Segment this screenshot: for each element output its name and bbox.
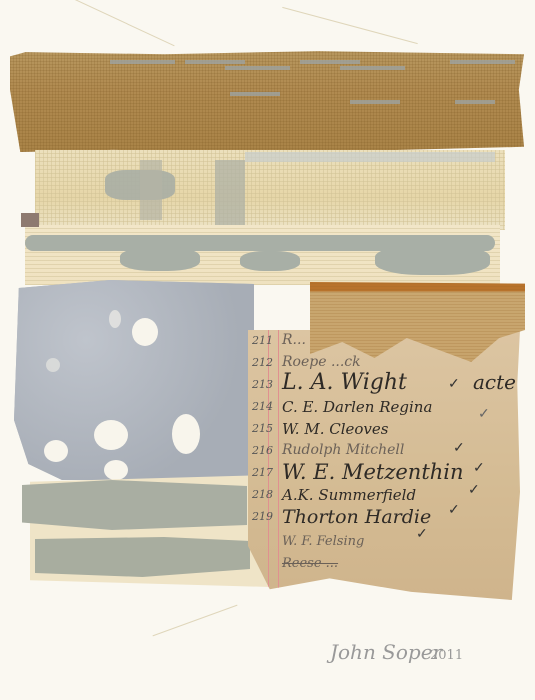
check-icon: ✓ xyxy=(453,440,465,456)
ledger-name: W. M. Cleoves xyxy=(282,420,388,438)
ledger-name: Reese ... xyxy=(282,556,338,571)
check-icon: ✓ xyxy=(468,482,480,498)
ledger-name: Thorton Hardie xyxy=(282,506,431,528)
burlap-strip xyxy=(10,48,524,152)
ledger-name: W. F. Felsing xyxy=(282,534,364,549)
check-icon: ✓ xyxy=(448,376,460,392)
blue-paper xyxy=(14,280,254,480)
artist-signature: John Soper xyxy=(330,640,442,664)
ledger-name: L. A. Wight xyxy=(282,370,407,395)
mesh-band xyxy=(35,150,505,230)
ledger-name: Rudolph Mitchell xyxy=(282,442,404,458)
check-icon: ✓ xyxy=(416,526,428,542)
check-icon: ✓ xyxy=(448,502,460,518)
gray-strip-2 xyxy=(35,537,250,577)
signature-year: 2011 xyxy=(430,648,463,663)
check-icon: ✓ xyxy=(478,406,490,422)
ledger-name: W. E. Metzenthin xyxy=(282,460,464,484)
gray-band xyxy=(25,225,500,285)
ledger-name: A.K. Summerfield xyxy=(282,486,416,504)
ledger-name: R... xyxy=(282,332,306,348)
ledger-name: Roepe ...ck xyxy=(282,354,361,370)
gray-strip-1 xyxy=(22,480,247,530)
check-icon: ✓ xyxy=(473,460,485,476)
ledger-name: C. E. Darlen Regina xyxy=(282,398,432,416)
ledger-page: 211 212 213 214 215 216 217 218 219 R...… xyxy=(248,330,520,600)
